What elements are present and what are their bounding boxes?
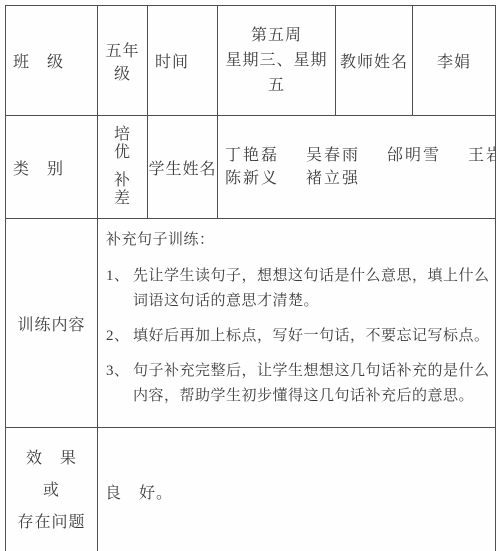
training-item-2-text: 填好后再加上标点，写好一句话，不要忘记写标点。 [133,324,490,349]
teacher-name-cell: 李娟 [413,6,496,116]
student-name: 陈新义 [225,167,279,190]
training-item-2-number: 2、 [106,324,133,349]
category-students-row: 类 别 培 优 补 差 学生姓名 丁艳磊 吴春雨 邰明雪 王岩庆 [6,116,496,219]
students-label: 学生姓名 [148,161,216,178]
student-name: 邰明雪 [387,144,441,167]
students-names-cell: 丁艳磊 吴春雨 邰明雪 王岩庆 陈新义 褚立强 [218,116,496,219]
training-label: 训练内容 [17,317,85,334]
effect-label-line-2: 或 [6,475,97,507]
time-label-cell: 时间 [148,6,218,116]
students-names-line-1: 丁艳磊 吴春雨 邰明雪 王岩庆 [225,144,495,167]
schedule-days: 星期三、星期五 [218,48,335,98]
students-label-cell: 学生姓名 [148,116,218,219]
training-item-3: 3、 句子补充完整后，让学生想想这几句话补充的是什么内容，帮助学生初步懂得这几句… [106,359,490,409]
category-value-top: 培 优 [98,126,147,162]
training-content-cell: 补充句子训练： 1、 先让学生读句子，想想这句话是什么意思，填上什么词语这句话的… [98,219,496,428]
teacher-label: 教师姓名 [340,54,408,71]
student-name: 王岩庆 [468,144,495,167]
time-label: 时间 [155,54,189,71]
students-names-line-2: 陈新义 褚立强 [225,167,495,190]
training-item-1: 1、 先让学生读句子，想想这句话是什么意思，填上什么词语这句话的意思才清楚。 [106,264,490,314]
training-item-1-number: 1、 [106,264,133,314]
category-value-cell: 培 优 补 差 [98,116,148,219]
grade-value: 五年级 [105,43,139,83]
schedule-week: 第五周 [218,23,335,48]
effect-label-cell: 效 果 或 存在问题 [6,428,98,551]
effect-result: 良 好。 [105,485,173,502]
header-row: 班 级 五年级 时间 第五周 星期三、星期五 教师姓名 李娟 [6,6,496,116]
category-label: 类 别 [13,161,64,178]
grade-value-cell: 五年级 [98,6,148,116]
training-content-row: 训练内容 补充句子训练： 1、 先让学生读句子，想想这句话是什么意思，填上什么词… [6,219,496,428]
effect-row: 效 果 或 存在问题 良 好。 [6,428,496,551]
training-label-cell: 训练内容 [6,219,98,428]
category-value-bottom: 补 差 [98,172,147,208]
effect-label-line-1: 效 果 [6,443,97,475]
training-title: 补充句子训练： [106,230,490,250]
class-label-cell: 班 级 [6,6,98,116]
student-name: 褚立强 [306,167,360,190]
student-name: 吴春雨 [306,144,360,167]
schedule-value-cell: 第五周 星期三、星期五 [218,6,336,116]
training-item-3-number: 3、 [106,359,133,409]
training-item-3-text: 句子补充完整后，让学生想想这几句话补充的是什么内容，帮助学生初步懂得这几句话补充… [133,359,490,409]
effect-label-line-3: 存在问题 [6,507,97,539]
student-name: 丁艳磊 [225,144,279,167]
training-item-2: 2、 填好后再加上标点，写好一句话，不要忘记写标点。 [106,324,490,349]
effect-result-cell: 良 好。 [98,428,496,551]
teacher-label-cell: 教师姓名 [336,6,413,116]
training-item-1-text: 先让学生读句子，想想这句话是什么意思，填上什么词语这句话的意思才清楚。 [133,264,490,314]
tutoring-record-table: 班 级 五年级 时间 第五周 星期三、星期五 教师姓名 李娟 [5,5,496,551]
teacher-name: 李娟 [437,54,471,71]
scanned-form-page: 班 级 五年级 时间 第五周 星期三、星期五 教师姓名 李娟 [0,0,500,551]
class-label: 班 级 [13,54,64,71]
category-label-cell: 类 别 [6,116,98,219]
